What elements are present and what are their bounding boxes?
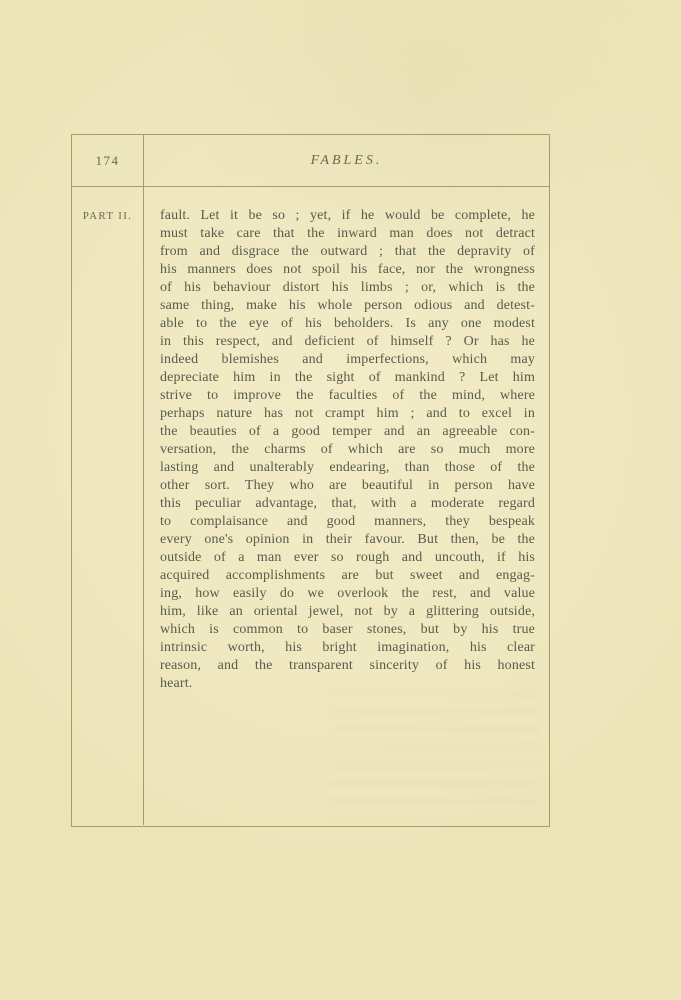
text-line: from and disgrace the outward ; that the…: [160, 243, 535, 261]
text-line: which is common to baser stones, but by …: [160, 621, 535, 639]
text-line: able to the eye of his beholders. Is any…: [160, 315, 535, 333]
text-line: to complaisance and good manners, they b…: [160, 513, 535, 531]
text-line: heart.: [160, 675, 535, 693]
text-line: this peculiar advantage, that, with a mo…: [160, 495, 535, 513]
text-line: the beauties of a good temper and an agr…: [160, 423, 535, 441]
text-line: outside of a man ever so rough and uncou…: [160, 549, 535, 567]
scanned-book-page: { "page": { "page_number": "174", "runni…: [0, 0, 681, 1000]
text-line: acquired accomplishments are but sweet a…: [160, 567, 535, 585]
text-line: in this respect, and deficient of himsel…: [160, 333, 535, 351]
text-line: him, like an oriental jewel, not by a gl…: [160, 603, 535, 621]
text-line: of his behaviour distort his limbs ; or,…: [160, 279, 535, 297]
text-line: lasting and unalterably endearing, than …: [160, 459, 535, 477]
page-body: PART II. fault. Let it be so ; yet, if h…: [72, 187, 549, 825]
page-header: 174 FABLES.: [72, 135, 549, 187]
text-line: perhaps nature has not crampt him ; and …: [160, 405, 535, 423]
margin-column: PART II.: [72, 187, 144, 825]
text-line: versation, the charms of which are so mu…: [160, 441, 535, 459]
text-line: every one's opinion in their favour. But…: [160, 531, 535, 549]
text-line: depreciate him in the sight of mankind ?…: [160, 369, 535, 387]
running-title: FABLES.: [144, 135, 549, 186]
text-line: indeed blemishes and imperfections, whic…: [160, 351, 535, 369]
part-label: PART II.: [72, 210, 143, 222]
text-line: must take care that the inward man does …: [160, 225, 535, 243]
text-line: ing, how easily do we overlook the rest,…: [160, 585, 535, 603]
text-line: intrinsic worth, his bright imagination,…: [160, 639, 535, 657]
page-number: 174: [72, 135, 144, 186]
text-line: same thing, make his whole person odious…: [160, 297, 535, 315]
text-line: fault. Let it be so ; yet, if he would b…: [160, 207, 535, 225]
text-line: strive to improve the faculties of the m…: [160, 387, 535, 405]
text-line: other sort. They who are beautiful in pe…: [160, 477, 535, 495]
text-line: reason, and the transparent sincerity of…: [160, 657, 535, 675]
body-text: fault. Let it be so ; yet, if he would b…: [144, 187, 549, 825]
text-line: his manners does not spoil his face, nor…: [160, 261, 535, 279]
page-frame: 174 FABLES. PART II. fault. Let it be so…: [71, 134, 550, 827]
